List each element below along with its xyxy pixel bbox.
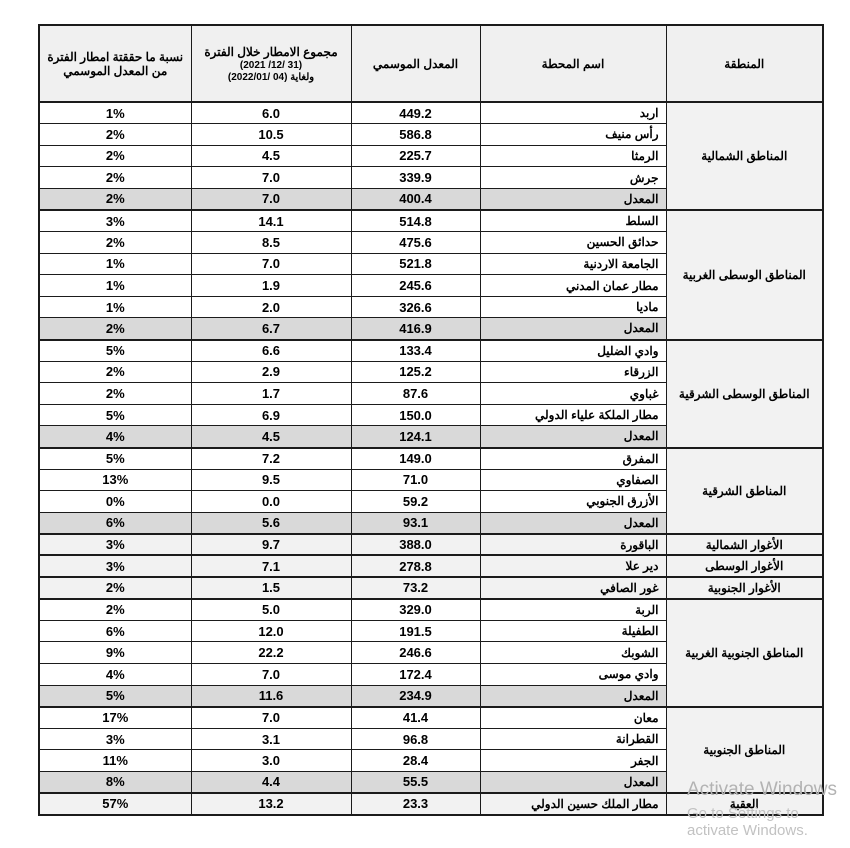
station-name-cell: المعدل — [480, 318, 666, 340]
seasonal-average-cell: 416.9 — [351, 318, 480, 340]
station-row: الأغوار الوسطىدير علا278.87.13% — [39, 555, 823, 577]
period-total-title: مجموع الامطار خلال الفترة — [195, 45, 348, 59]
seasonal-average-cell: 400.4 — [351, 188, 480, 210]
station-name-cell: الطفيلة — [480, 620, 666, 642]
percent-of-average-cell: 2% — [39, 167, 191, 189]
period-total-cell: 7.2 — [191, 448, 351, 470]
period-total-cell: 4.4 — [191, 771, 351, 793]
station-name-cell: المعدل — [480, 512, 666, 534]
station-name-cell: الجفر — [480, 750, 666, 772]
station-name-cell: مطار الملكة علياء الدولي — [480, 404, 666, 426]
seasonal-average-cell: 278.8 — [351, 555, 480, 577]
station-name-cell: وادي الضليل — [480, 340, 666, 362]
period-total-cell: 14.1 — [191, 210, 351, 232]
station-name-cell: وادي موسى — [480, 663, 666, 685]
station-name-cell: الزرقاء — [480, 361, 666, 383]
period-total-cell: 6.7 — [191, 318, 351, 340]
station-name-cell: غباوي — [480, 383, 666, 405]
table-header-row: المنطقة اسم المحطة المعدل الموسمي مجموع … — [39, 25, 823, 102]
period-total-cell: 6.0 — [191, 102, 351, 124]
station-row: المناطق الجنوبيةمعان41.47.017% — [39, 707, 823, 729]
percent-of-average-cell: 2% — [39, 599, 191, 621]
station-name-cell: القطرانة — [480, 728, 666, 750]
seasonal-average-cell: 586.8 — [351, 124, 480, 146]
region-cell: الأغوار الوسطى — [666, 555, 823, 577]
percent-of-average-cell: 9% — [39, 642, 191, 664]
col-header-seasonal-average: المعدل الموسمي — [351, 25, 480, 102]
seasonal-average-cell: 28.4 — [351, 750, 480, 772]
station-name-cell: الأزرق الجنوبي — [480, 491, 666, 513]
period-total-cell: 0.0 — [191, 491, 351, 513]
col-header-station: اسم المحطة — [480, 25, 666, 102]
percent-of-average-cell: 1% — [39, 275, 191, 297]
percent-of-average-cell: 4% — [39, 426, 191, 448]
seasonal-average-cell: 133.4 — [351, 340, 480, 362]
region-cell: المناطق الوسطى الغربية — [666, 210, 823, 340]
seasonal-average-cell: 124.1 — [351, 426, 480, 448]
percent-of-average-cell: 2% — [39, 232, 191, 254]
percent-of-average-cell: 6% — [39, 620, 191, 642]
station-name-cell: الباقورة — [480, 534, 666, 556]
percent-of-average-cell: 3% — [39, 210, 191, 232]
seasonal-average-cell: 326.6 — [351, 296, 480, 318]
station-row: المناطق الشرقيةالمفرق149.07.25% — [39, 448, 823, 470]
station-name-cell: المعدل — [480, 426, 666, 448]
period-total-cell: 2.0 — [191, 296, 351, 318]
station-row: المناطق الجنوبية الغربيةالربة329.05.02% — [39, 599, 823, 621]
station-row: المناطق الشماليةاربد449.26.01% — [39, 102, 823, 124]
period-total-cell: 3.0 — [191, 750, 351, 772]
percent-of-average-cell: 2% — [39, 124, 191, 146]
period-total-cell: 7.0 — [191, 253, 351, 275]
period-total-cell: 9.7 — [191, 534, 351, 556]
percent-of-average-cell: 2% — [39, 361, 191, 383]
period-total-cell: 7.0 — [191, 663, 351, 685]
percent-of-average-cell: 57% — [39, 793, 191, 815]
station-name-cell: المفرق — [480, 448, 666, 470]
percent-of-average-cell: 4% — [39, 663, 191, 685]
percent-of-average-cell: 2% — [39, 188, 191, 210]
seasonal-average-cell: 172.4 — [351, 663, 480, 685]
station-name-cell: مطار الملك حسين الدولي — [480, 793, 666, 815]
station-row: الأغوار الشماليةالباقورة388.09.73% — [39, 534, 823, 556]
period-total-cell: 5.6 — [191, 512, 351, 534]
period-total-cell: 6.9 — [191, 404, 351, 426]
period-total-cell: 7.0 — [191, 707, 351, 729]
seasonal-average-cell: 55.5 — [351, 771, 480, 793]
station-name-cell: المعدل — [480, 188, 666, 210]
seasonal-average-cell: 521.8 — [351, 253, 480, 275]
seasonal-average-cell: 225.7 — [351, 145, 480, 167]
seasonal-average-cell: 514.8 — [351, 210, 480, 232]
col-header-region: المنطقة — [666, 25, 823, 102]
station-name-cell: الشوبك — [480, 642, 666, 664]
period-total-cell: 8.5 — [191, 232, 351, 254]
period-total-cell: 5.0 — [191, 599, 351, 621]
seasonal-average-cell: 191.5 — [351, 620, 480, 642]
region-cell: الأغوار الجنوبية — [666, 577, 823, 599]
rainfall-table: المنطقة اسم المحطة المعدل الموسمي مجموع … — [38, 24, 824, 816]
period-total-cell: 11.6 — [191, 685, 351, 707]
percent-of-average-cell: 2% — [39, 383, 191, 405]
period-total-cell: 4.5 — [191, 145, 351, 167]
percent-of-average-cell: 3% — [39, 728, 191, 750]
col-header-period-total: مجموع الامطار خلال الفترة (2021 /12/ 31)… — [191, 25, 351, 102]
percent-of-average-cell: 2% — [39, 318, 191, 340]
period-total-cell: 9.5 — [191, 469, 351, 491]
table-body: المناطق الشماليةاربد449.26.01%رأس منيف58… — [39, 102, 823, 815]
seasonal-average-cell: 339.9 — [351, 167, 480, 189]
seasonal-average-cell: 234.9 — [351, 685, 480, 707]
period-total-cell: 7.1 — [191, 555, 351, 577]
period-total-cell: 13.2 — [191, 793, 351, 815]
percent-header-line2: من المعدل الموسمي — [43, 64, 188, 78]
station-name-cell: الرمثا — [480, 145, 666, 167]
percent-of-average-cell: 0% — [39, 491, 191, 513]
region-cell: المناطق الشمالية — [666, 102, 823, 210]
seasonal-average-cell: 93.1 — [351, 512, 480, 534]
seasonal-average-cell: 87.6 — [351, 383, 480, 405]
seasonal-average-cell: 475.6 — [351, 232, 480, 254]
seasonal-average-cell: 149.0 — [351, 448, 480, 470]
period-total-cell: 1.5 — [191, 577, 351, 599]
seasonal-average-cell: 449.2 — [351, 102, 480, 124]
station-name-cell: السلط — [480, 210, 666, 232]
seasonal-average-cell: 245.6 — [351, 275, 480, 297]
period-total-cell: 22.2 — [191, 642, 351, 664]
percent-of-average-cell: 1% — [39, 102, 191, 124]
percent-of-average-cell: 6% — [39, 512, 191, 534]
percent-of-average-cell: 2% — [39, 577, 191, 599]
percent-header-line1: نسبة ما حققتة امطار الفترة — [43, 50, 188, 64]
period-total-cell: 7.0 — [191, 167, 351, 189]
percent-of-average-cell: 8% — [39, 771, 191, 793]
station-name-cell: رأس منيف — [480, 124, 666, 146]
station-name-cell: معان — [480, 707, 666, 729]
region-cell: العقبة — [666, 793, 823, 815]
period-total-cell: 3.1 — [191, 728, 351, 750]
seasonal-average-cell: 23.3 — [351, 793, 480, 815]
seasonal-average-cell: 388.0 — [351, 534, 480, 556]
seasonal-average-cell: 59.2 — [351, 491, 480, 513]
station-name-cell: ماديا — [480, 296, 666, 318]
period-start-date: (2021 /12/ 31) — [195, 60, 348, 71]
period-total-cell: 7.0 — [191, 188, 351, 210]
percent-of-average-cell: 2% — [39, 145, 191, 167]
seasonal-average-cell: 96.8 — [351, 728, 480, 750]
station-name-cell: مطار عمان المدني — [480, 275, 666, 297]
period-total-cell: 10.5 — [191, 124, 351, 146]
station-row: العقبةمطار الملك حسين الدولي23.313.257% — [39, 793, 823, 815]
seasonal-average-cell: 41.4 — [351, 707, 480, 729]
station-name-cell: المعدل — [480, 771, 666, 793]
percent-of-average-cell: 13% — [39, 469, 191, 491]
period-total-cell: 1.7 — [191, 383, 351, 405]
period-total-cell: 12.0 — [191, 620, 351, 642]
station-name-cell: حدائق الحسين — [480, 232, 666, 254]
station-name-cell: المعدل — [480, 685, 666, 707]
percent-of-average-cell: 5% — [39, 448, 191, 470]
station-row: الأغوار الجنوبيةغور الصافي73.21.52% — [39, 577, 823, 599]
period-total-cell: 6.6 — [191, 340, 351, 362]
period-total-cell: 4.5 — [191, 426, 351, 448]
percent-of-average-cell: 5% — [39, 685, 191, 707]
region-cell: المناطق الشرقية — [666, 448, 823, 534]
seasonal-average-cell: 73.2 — [351, 577, 480, 599]
seasonal-average-cell: 125.2 — [351, 361, 480, 383]
station-name-cell: اربد — [480, 102, 666, 124]
region-cell: المناطق الجنوبية — [666, 707, 823, 793]
percent-of-average-cell: 5% — [39, 340, 191, 362]
percent-of-average-cell: 5% — [39, 404, 191, 426]
region-cell: المناطق الجنوبية الغربية — [666, 599, 823, 707]
percent-of-average-cell: 1% — [39, 253, 191, 275]
percent-of-average-cell: 11% — [39, 750, 191, 772]
seasonal-average-cell: 71.0 — [351, 469, 480, 491]
percent-of-average-cell: 3% — [39, 555, 191, 577]
seasonal-average-cell: 329.0 — [351, 599, 480, 621]
region-cell: الأغوار الشمالية — [666, 534, 823, 556]
station-row: المناطق الوسطى الشرقيةوادي الضليل133.46.… — [39, 340, 823, 362]
region-cell: المناطق الوسطى الشرقية — [666, 340, 823, 448]
period-total-cell: 1.9 — [191, 275, 351, 297]
station-name-cell: غور الصافي — [480, 577, 666, 599]
percent-of-average-cell: 1% — [39, 296, 191, 318]
page: المنطقة اسم المحطة المعدل الموسمي مجموع … — [0, 0, 850, 848]
col-header-percent-of-average: نسبة ما حققتة امطار الفترة من المعدل الم… — [39, 25, 191, 102]
station-row: المناطق الوسطى الغربيةالسلط514.814.13% — [39, 210, 823, 232]
station-name-cell: جرش — [480, 167, 666, 189]
period-total-cell: 2.9 — [191, 361, 351, 383]
percent-of-average-cell: 3% — [39, 534, 191, 556]
station-name-cell: الجامعة الاردنية — [480, 253, 666, 275]
seasonal-average-cell: 150.0 — [351, 404, 480, 426]
station-name-cell: دير علا — [480, 555, 666, 577]
station-name-cell: الربة — [480, 599, 666, 621]
percent-of-average-cell: 17% — [39, 707, 191, 729]
station-name-cell: الصفاوي — [480, 469, 666, 491]
period-end-date: ولغاية (2022/01/ 04) — [195, 72, 348, 83]
seasonal-average-cell: 246.6 — [351, 642, 480, 664]
